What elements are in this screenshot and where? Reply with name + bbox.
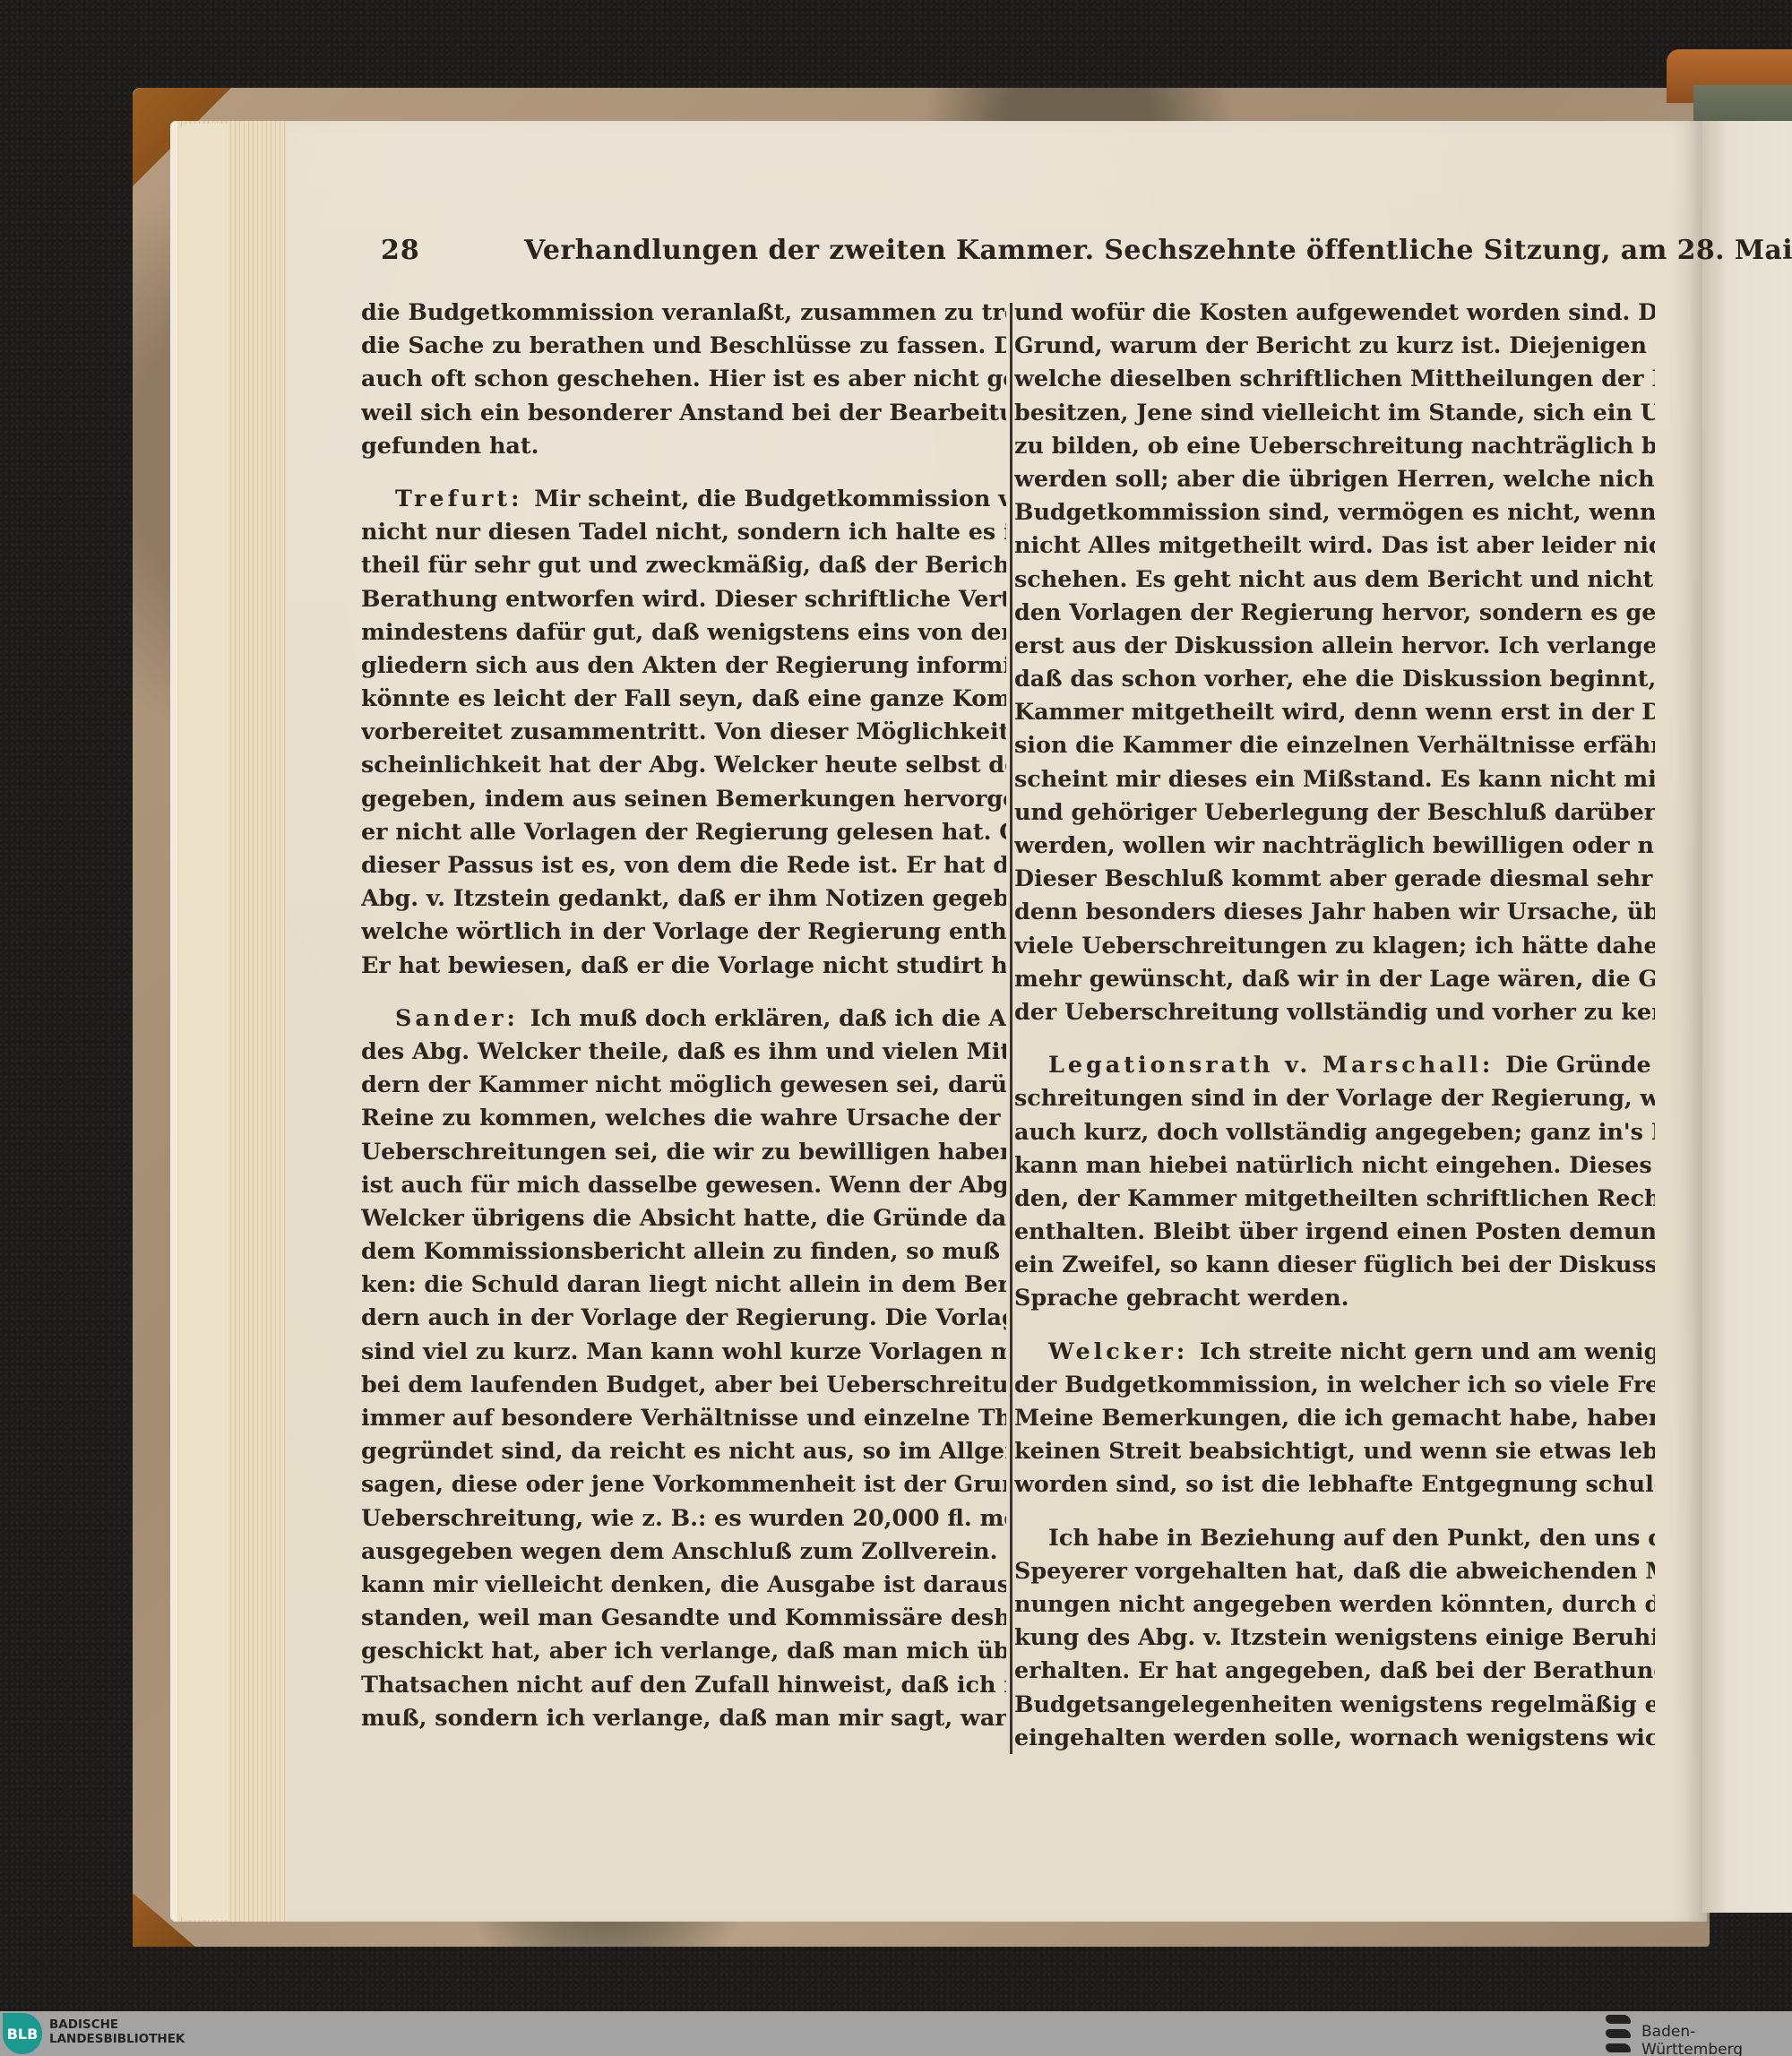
text-line: Reine zu kommen, welches die wahre Ursac… <box>361 1101 1006 1134</box>
text-line: Thatsachen nicht auf den Zufall hinweist… <box>361 1668 1006 1701</box>
text-line: werden, wollen wir nachträglich bewillig… <box>1014 829 1655 862</box>
paragraph: Sander: Ich muß doch erklären, daß ich d… <box>361 1002 1006 1734</box>
text-line: gegründet sind, da reicht es nicht aus, … <box>361 1434 1006 1467</box>
blb-logo-icon[interactable]: BLB <box>3 2013 42 2054</box>
paragraph-gap <box>1014 1315 1655 1335</box>
text-line: gefunden hat. <box>361 429 1006 462</box>
text-line: ken: die Schuld daran liegt nicht allein… <box>361 1268 1006 1301</box>
right-text-column: und wofür die Kosten aufgewendet worden … <box>1014 296 1655 1754</box>
text-line: eingehalten werden solle, wornach wenigs… <box>1014 1721 1655 1754</box>
text-line: immer auf besondere Verhältnisse und ein… <box>361 1401 1006 1434</box>
text-line: kung des Abg. v. Itzstein wenigstens ein… <box>1014 1621 1655 1654</box>
text-line: mindestens dafür gut, daß wenigstens ein… <box>361 615 1006 649</box>
text-line: Berathung entworfen wird. Dieser schrift… <box>361 582 1006 615</box>
text-line: Welcker: Ich streite nicht gern und am w… <box>1014 1335 1655 1368</box>
state-name[interactable]: Baden-Württemberg <box>1641 2023 1792 2056</box>
text-line: auch kurz, doch vollständig angegeben; g… <box>1014 1115 1655 1148</box>
text-line: Speyerer vorgehalten hat, daß die abweic… <box>1014 1554 1655 1587</box>
paragraph-gap <box>361 462 1006 482</box>
text-line: Legationsrath v. Marschall: Die Gründe a… <box>1014 1048 1655 1081</box>
text-line: dem Kommissionsbericht allein zu finden,… <box>361 1234 1006 1268</box>
text-line: ist auch für mich dasselbe gewesen. Wenn… <box>361 1168 1006 1201</box>
text-line: nicht nur diesen Tadel nicht, sondern ic… <box>361 515 1006 548</box>
text-line: sagen, diese oder jene Vorkommenheit ist… <box>361 1467 1006 1501</box>
text-line: Ueberschreitung, wie z. B.: es wurden 20… <box>361 1501 1006 1535</box>
text-line: erst aus der Diskussion allein hervor. I… <box>1014 629 1655 662</box>
flyleaf <box>179 124 228 1920</box>
paragraph: Legationsrath v. Marschall: Die Gründe a… <box>1014 1048 1655 1315</box>
paragraph: Ich habe in Beziehung auf den Punkt, den… <box>1014 1521 1655 1754</box>
text-line: den, der Kammer mitgetheilten schriftlic… <box>1014 1182 1655 1215</box>
text-line: bei dem laufenden Budget, aber bei Ueber… <box>361 1368 1006 1401</box>
text-line: der Ueberschreitung vollständig und vorh… <box>1014 995 1655 1028</box>
text-line: worden sind, so ist die lebhafte Entgegn… <box>1014 1467 1655 1501</box>
text-line: den Vorlagen der Regierung hervor, sonde… <box>1014 596 1655 629</box>
text-line: nungen nicht angegeben werden könnten, d… <box>1014 1587 1655 1621</box>
text-line: kann man hiebei natürlich nicht eingehen… <box>1014 1148 1655 1182</box>
paragraph-gap <box>1014 1028 1655 1048</box>
text-line: gliedern sich aus den Akten der Regierun… <box>361 649 1006 682</box>
text-line: dieser Passus ist es, von dem die Rede i… <box>361 848 1006 882</box>
text-line: theil für sehr gut und zweckmäßig, daß d… <box>361 548 1006 581</box>
paragraph-gap <box>1014 1501 1655 1521</box>
text-line: die Sache zu berathen und Beschlüsse zu … <box>361 329 1006 362</box>
text-line: nicht Alles mitgetheilt wird. Das ist ab… <box>1014 529 1655 562</box>
text-line: weil sich ein besonderer Anstand bei der… <box>361 396 1006 429</box>
left-text-column: die Budgetkommission veranlaßt, zusammen… <box>361 296 1006 1734</box>
text-line: scheinlichkeit hat der Abg. Welcker heut… <box>361 748 1006 781</box>
paragraph: die Budgetkommission veranlaßt, zusammen… <box>361 296 1006 462</box>
text-line: Sprache gebracht werden. <box>1014 1281 1655 1314</box>
text-line: kann mir vielleicht denken, die Ausgabe … <box>361 1568 1006 1601</box>
text-line: erhalten. Er hat angegeben, daß bei der … <box>1014 1654 1655 1687</box>
text-line: Meine Bemerkungen, die ich gemacht habe,… <box>1014 1401 1655 1434</box>
text-line: und gehöriger Ueberlegung der Beschluß d… <box>1014 796 1655 829</box>
text-line: er nicht alle Vorlagen der Regierung gel… <box>361 815 1006 848</box>
text-line: keinen Streit beabsichtigt, und wenn sie… <box>1014 1434 1655 1467</box>
text-line: ein Zweifel, so kann dieser füglich bei … <box>1014 1248 1655 1281</box>
text-line: Welcker übrigens die Absicht hatte, die … <box>361 1201 1006 1234</box>
text-line: der Budgetkommission, in welcher ich so … <box>1014 1368 1655 1401</box>
text-line: schreitungen sind in der Vorlage der Reg… <box>1014 1081 1655 1114</box>
header-title: Verhandlungen der zweiten Kammer. Sechsz… <box>524 235 1792 266</box>
library-name-line2: LANDESBIBLIOTHEK <box>49 2032 185 2046</box>
footer-bar: BLB BADISCHE LANDESBIBLIOTHEK Baden-Würt… <box>0 2011 1792 2056</box>
text-line: Ich habe in Beziehung auf den Punkt, den… <box>1014 1521 1655 1554</box>
text-line: sind viel zu kurz. Man kann wohl kurze V… <box>361 1335 1006 1368</box>
text-line: besitzen, Jene sind vielleicht im Stande… <box>1014 396 1655 429</box>
text-line: Ueberschreitungen sei, die wir zu bewill… <box>361 1135 1006 1168</box>
text-line: muß, sondern ich verlange, daß man mir s… <box>361 1701 1006 1734</box>
text-line: werden soll; aber die übrigen Herren, we… <box>1014 462 1655 495</box>
text-line: Dieser Beschluß kommt aber gerade diesma… <box>1014 862 1655 895</box>
paragraph-gap <box>361 982 1006 1002</box>
text-line: denn besonders dieses Jahr haben wir Urs… <box>1014 895 1655 928</box>
text-line: standen, weil man Gesandte und Kommissär… <box>361 1601 1006 1634</box>
text-line: gegeben, indem aus seinen Bemerkungen he… <box>361 782 1006 815</box>
text-line: sion die Kammer die einzelnen Verhältnis… <box>1014 728 1655 761</box>
running-header: 28 Verhandlungen der zweiten Kammer. Sec… <box>381 235 1519 271</box>
text-line: vorbereitet zusammentritt. Von dieser Mö… <box>361 715 1006 748</box>
text-line: viele Ueberschreitungen zu klagen; ich h… <box>1014 929 1655 962</box>
library-name-line1: BADISCHE <box>49 2017 185 2032</box>
speaker-name: Legationsrath v. Marschall: <box>1048 1051 1505 1078</box>
text-line: dern auch in der Vorlage der Regierung. … <box>361 1301 1006 1334</box>
text-line: welche dieselben schriftlichen Mittheilu… <box>1014 362 1655 395</box>
text-line: des Abg. Welcker theile, daß es ihm und … <box>361 1035 1006 1068</box>
paragraph: und wofür die Kosten aufgewendet worden … <box>1014 296 1655 1028</box>
lions-crest-icon <box>1604 2015 1633 2052</box>
text-line: schehen. Es geht nicht aus dem Bericht u… <box>1014 563 1655 596</box>
text-line: Abg. v. Itzstein gedankt, daß er ihm Not… <box>361 882 1006 915</box>
text-line: enthalten. Bleibt über irgend einen Post… <box>1014 1215 1655 1248</box>
text-line: scheint mir dieses ein Mißstand. Es kann… <box>1014 762 1655 796</box>
text-line: Grund, warum der Bericht zu kurz ist. Di… <box>1014 329 1655 362</box>
text-line: Sander: Ich muß doch erklären, daß ich d… <box>361 1002 1006 1035</box>
paragraph: Welcker: Ich streite nicht gern und am w… <box>1014 1335 1655 1501</box>
text-line: Er hat bewiesen, daß er die Vorlage nich… <box>361 949 1006 982</box>
text-line: die Budgetkommission veranlaßt, zusammen… <box>361 296 1006 329</box>
text-line: Budgetsangelegenheiten wenigstens regelm… <box>1014 1688 1655 1721</box>
text-line: Trefurt: Mir scheint, die Budgetkommissi… <box>361 482 1006 515</box>
library-name[interactable]: BADISCHE LANDESBIBLIOTHEK <box>49 2017 185 2046</box>
text-line: dern der Kammer nicht möglich gewesen se… <box>361 1068 1006 1101</box>
speaker-name: Trefurt: <box>395 485 534 512</box>
text-line: und wofür die Kosten aufgewendet worden … <box>1014 296 1655 329</box>
paragraph: Trefurt: Mir scheint, die Budgetkommissi… <box>361 482 1006 982</box>
text-line: ausgegeben wegen dem Anschluß zum Zollve… <box>361 1535 1006 1568</box>
text-line: mehr gewünscht, daß wir in der Lage wäre… <box>1014 962 1655 995</box>
text-line: auch oft schon geschehen. Hier ist es ab… <box>361 362 1006 395</box>
column-divider <box>1010 303 1012 1754</box>
page-number: 28 <box>381 235 420 266</box>
book-spine-label <box>1693 85 1792 125</box>
page-fold <box>1702 121 1792 1913</box>
text-line: zu bilden, ob eine Ueberschreitung nacht… <box>1014 429 1655 462</box>
text-line: Kammer mitgetheilt wird, denn wenn erst … <box>1014 695 1655 728</box>
text-line: daß das schon vorher, ehe die Diskussion… <box>1014 662 1655 695</box>
text-line: geschickt hat, aber ich verlange, daß ma… <box>361 1634 1006 1667</box>
text-line: welche wörtlich in der Vorlage der Regie… <box>361 915 1006 948</box>
text-line: könnte es leicht der Fall seyn, daß eine… <box>361 682 1006 715</box>
text-line: Budgetkommission sind, vermögen es nicht… <box>1014 495 1655 529</box>
speaker-name: Welcker: <box>1048 1338 1200 1364</box>
speaker-name: Sander: <box>395 1004 530 1031</box>
